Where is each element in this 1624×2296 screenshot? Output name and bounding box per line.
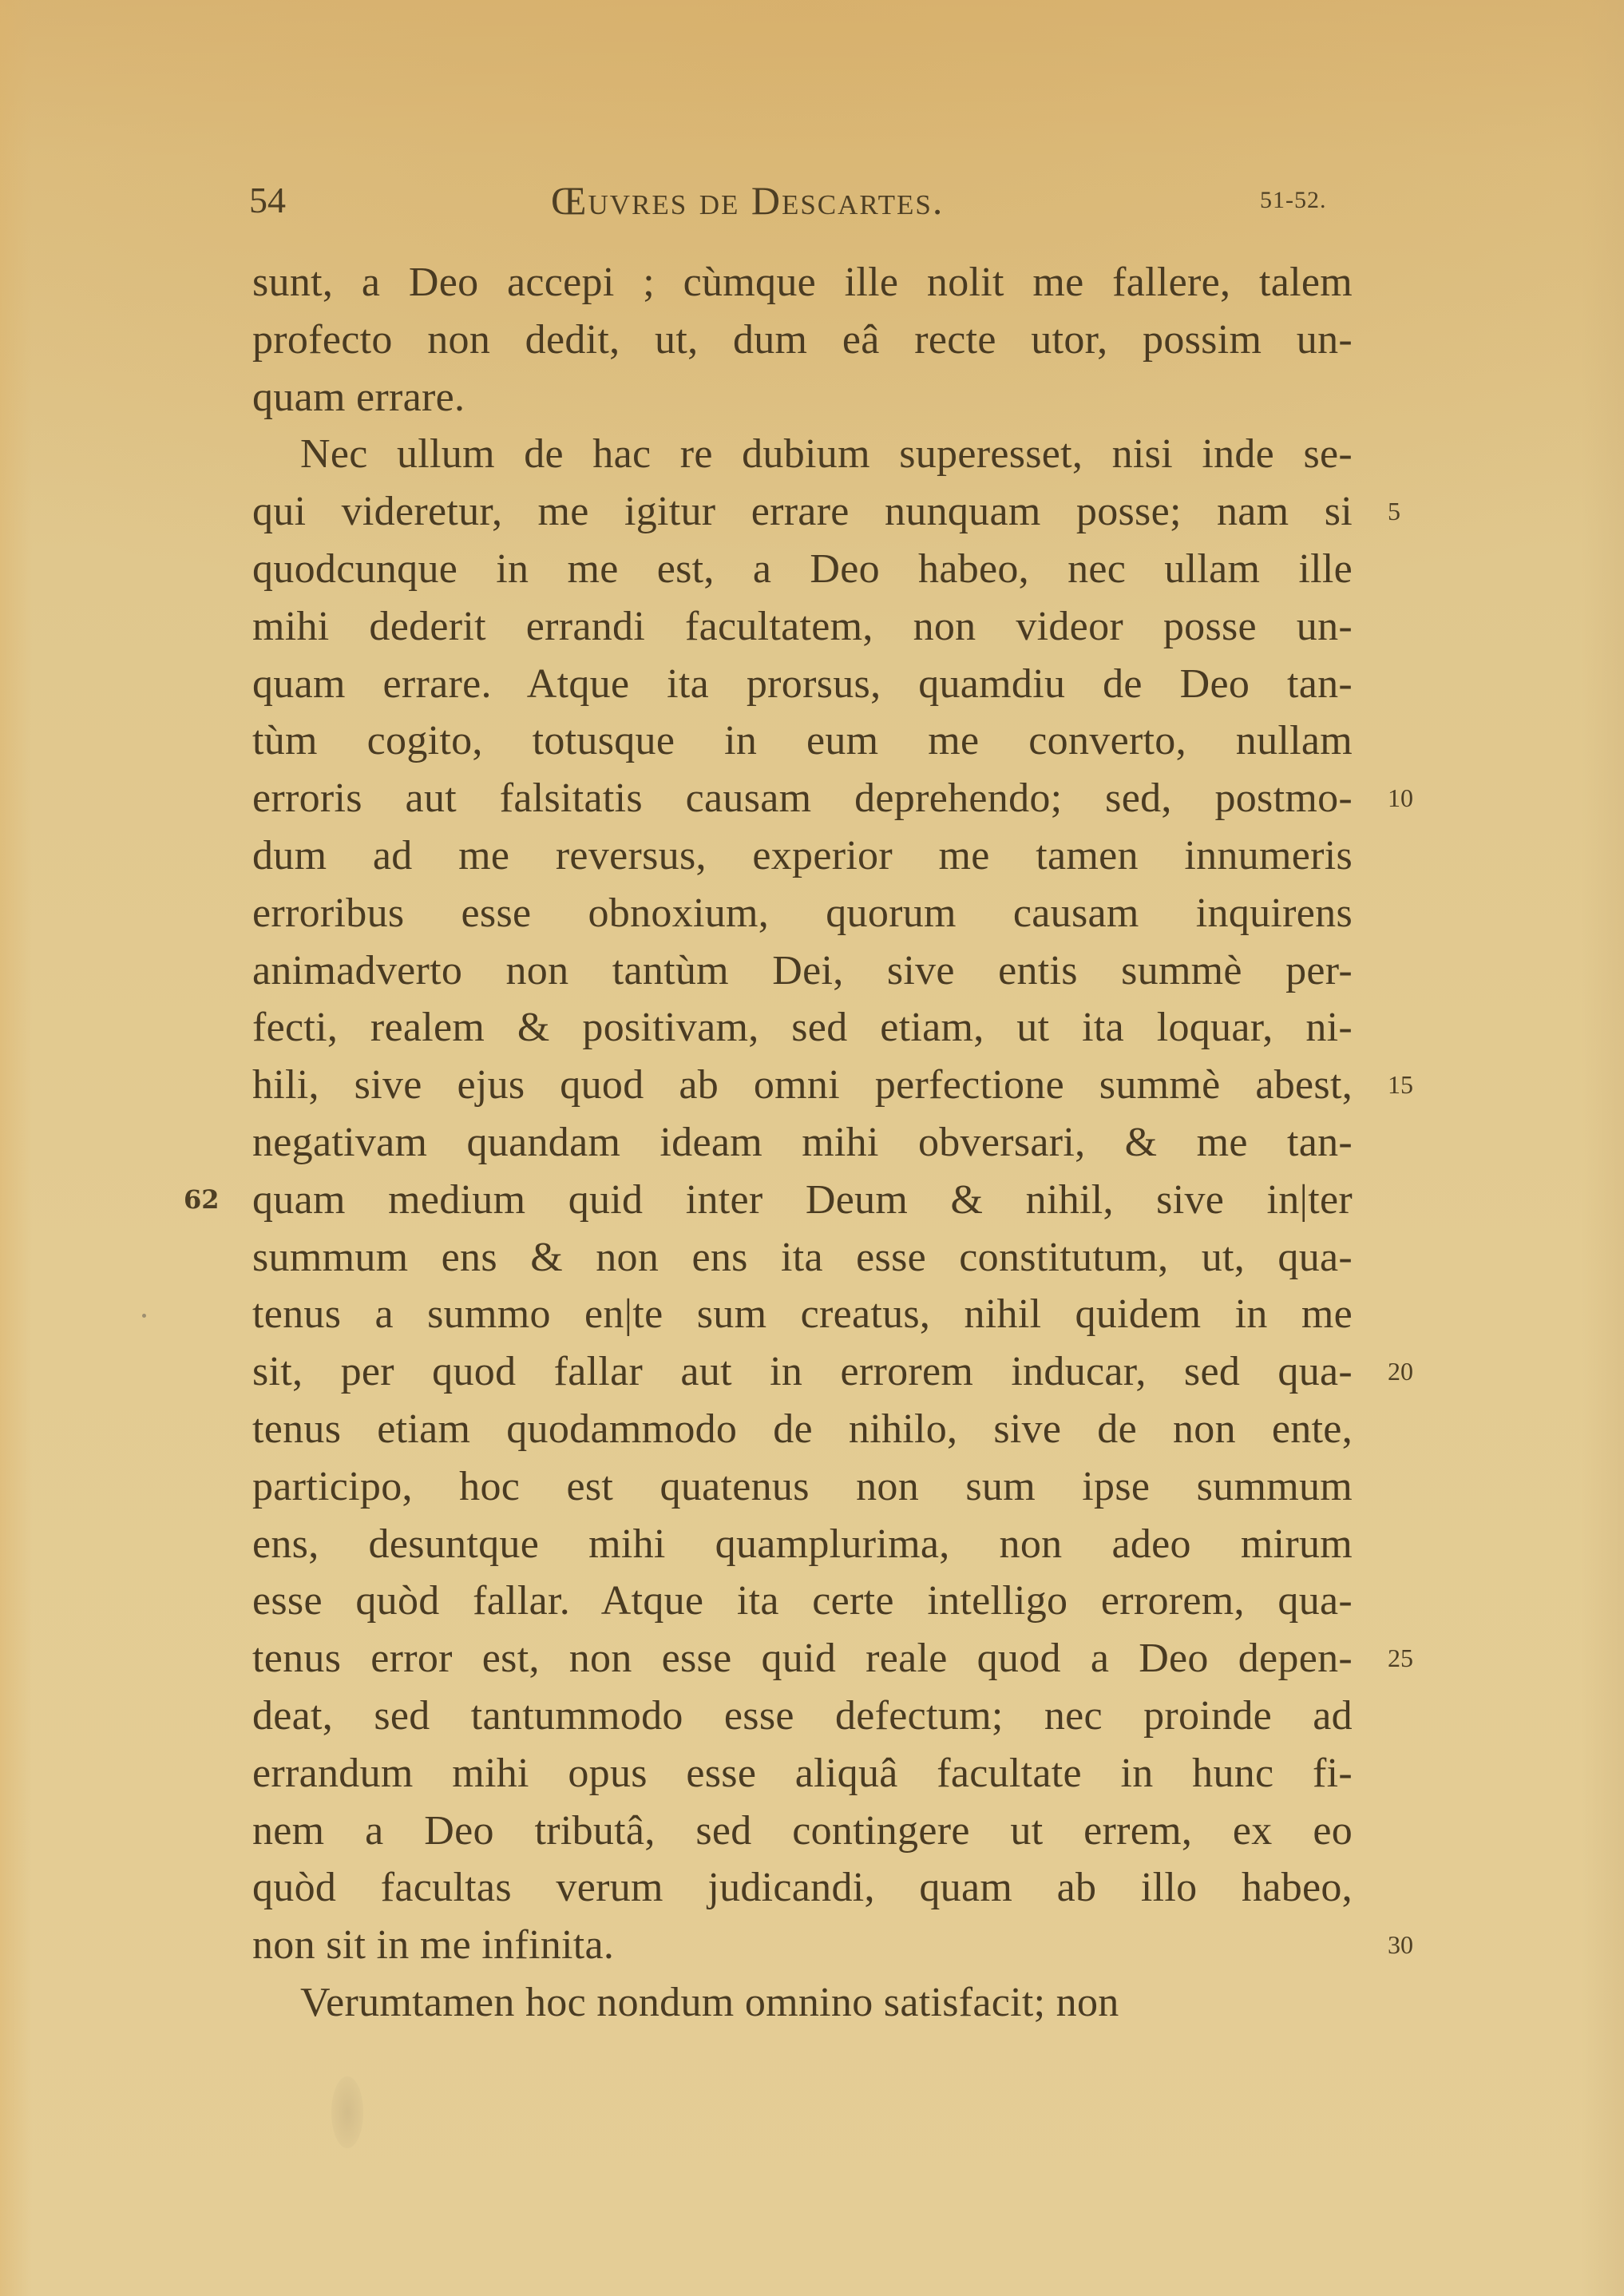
text-line: sit, per quod fallar aut in errorem indu…	[252, 1343, 1353, 1401]
page-number: 54	[249, 179, 286, 221]
text-line: participo, hoc est quatenus non sum ipse…	[252, 1458, 1353, 1516]
paper-smudge	[331, 2076, 363, 2148]
text-line: quòd facultas verum judicandi, quam ab i…	[252, 1859, 1353, 1917]
text-line: nem a Deo tributâ, sed contingere ut err…	[252, 1802, 1353, 1860]
text-line: non sit in me infinita.	[252, 1917, 1353, 1974]
line-number: 20	[1388, 1343, 1413, 1401]
text-line: tenus a summo en|te sum creatus, nihil q…	[252, 1286, 1353, 1343]
text-line: quam errare. Atque ita prorsus, quamdiu …	[252, 656, 1353, 713]
text-line: deat, sed tantummodo esse defectum; nec …	[252, 1687, 1353, 1745]
text-line: quodcunque in me est, a Deo habeo, nec u…	[252, 541, 1353, 598]
line-number: 15	[1388, 1057, 1413, 1114]
margin-page-reference: 62	[184, 1172, 220, 1229]
text-line: erroribus esse obnoxium, quorum causam i…	[252, 885, 1353, 942]
line-number: 30	[1388, 1917, 1413, 1974]
book-page: 54 Œuvres de Descartes. 51-52. sunt, a D…	[0, 0, 1624, 2296]
line-number: 25	[1388, 1630, 1413, 1687]
text-line: erroris aut falsitatis causam deprehendo…	[252, 770, 1353, 827]
text-line: tenus etiam quodammodo de nihilo, sive d…	[252, 1401, 1353, 1458]
text-line: dum ad me reversus, experior me tamen in…	[252, 827, 1353, 885]
line-number: 10	[1388, 770, 1413, 827]
text-line: quam medium quid inter Deum & nihil, siv…	[252, 1172, 1353, 1229]
text-line: fecti, realem & positivam, sed etiam, ut…	[252, 999, 1353, 1057]
text-line: negativam quandam ideam mihi obversari, …	[252, 1114, 1353, 1172]
text-line: hili, sive ejus quod ab omni perfectione…	[252, 1057, 1353, 1114]
text-line: animadverto non tantùm Dei, sive entis s…	[252, 942, 1353, 1000]
text-line: ens, desuntque mihi quamplurima, non ade…	[252, 1516, 1353, 1573]
running-header: 54 Œuvres de Descartes. 51-52.	[0, 174, 1624, 230]
text-line: tenus error est, non esse quid reale quo…	[252, 1630, 1353, 1687]
line-number: 5	[1388, 483, 1400, 541]
paper-speck	[142, 1314, 146, 1318]
text-line: tùm cogito, totusque in eum me converto,…	[252, 712, 1353, 770]
text-line: esse quòd fallar. Atque ita certe intell…	[252, 1572, 1353, 1630]
text-line: sunt, a Deo accepi ; cùmque ille nolit m…	[252, 254, 1353, 311]
text-line: quam errare.	[252, 369, 1353, 426]
text-line-paragraph-start: Nec ullum de hac re dubium superesset, n…	[252, 426, 1353, 483]
text-line-paragraph-start: Verumtamen hoc nondum omnino satisfacit;…	[252, 1974, 1353, 2032]
text-line: summum ens & non ens ita esse constitutu…	[252, 1229, 1353, 1287]
text-line: errandum mihi opus esse aliquâ facultate…	[252, 1745, 1353, 1802]
body-text: sunt, a Deo accepi ; cùmque ille nolit m…	[252, 254, 1353, 2032]
running-title: Œuvres de Descartes.	[551, 177, 944, 224]
text-line: mihi dederit errandi facultatem, non vid…	[252, 598, 1353, 656]
original-page-range: 51-52.	[1260, 187, 1327, 214]
text-line: qui videretur, me igitur errare nunquam …	[252, 483, 1353, 541]
text-line: profecto non dedit, ut, dum eâ recte uto…	[252, 311, 1353, 369]
